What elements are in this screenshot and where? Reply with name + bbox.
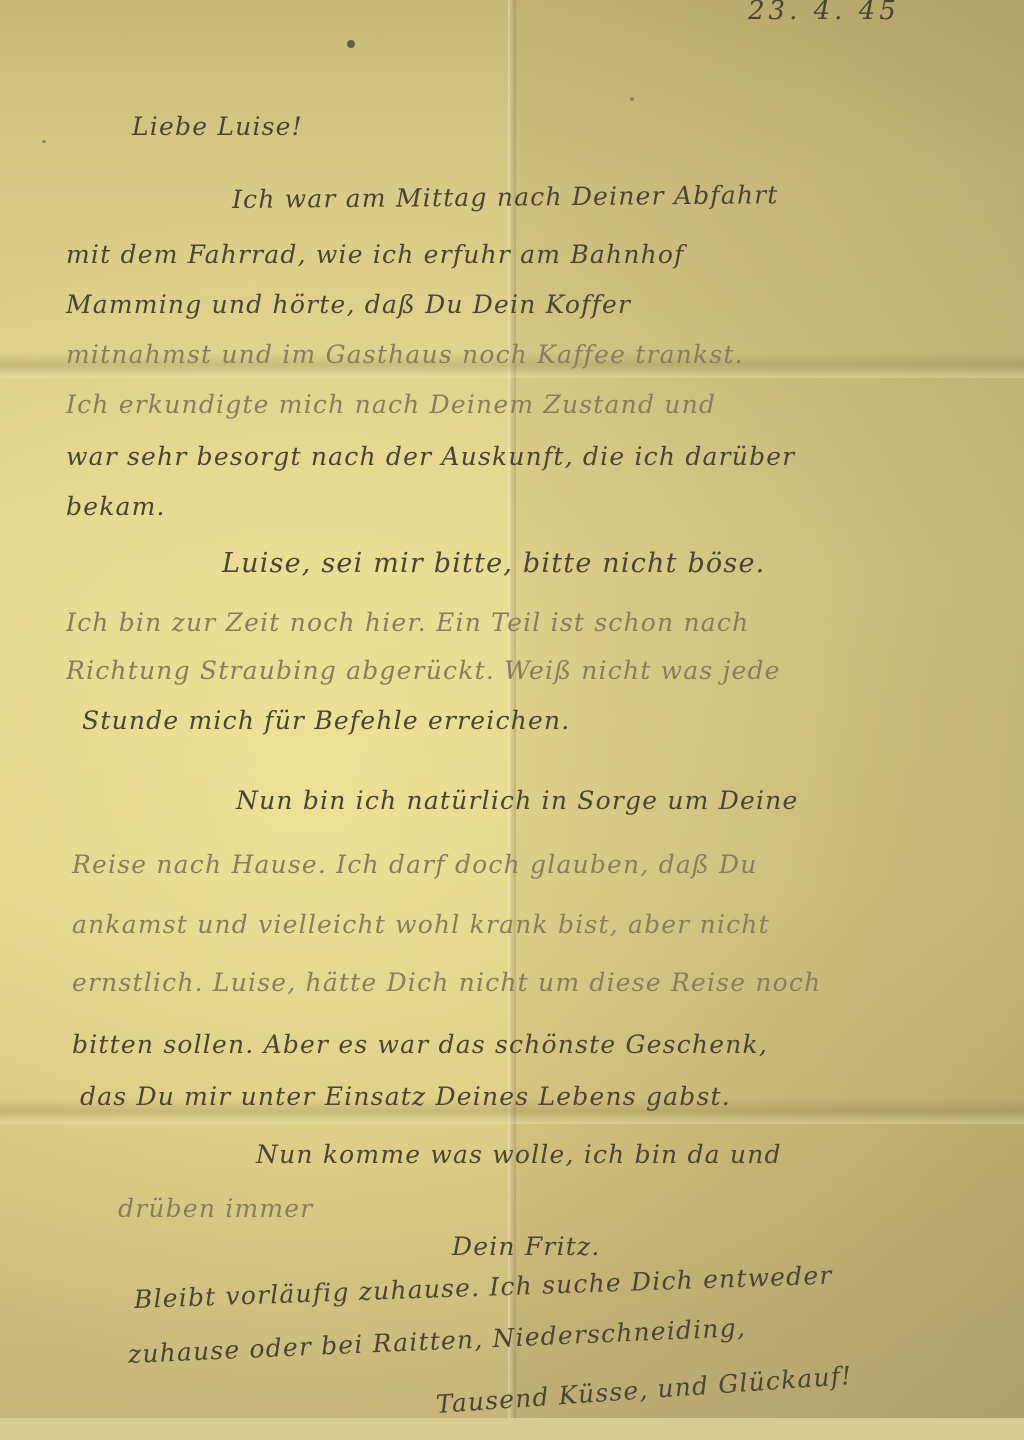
letter-line: Ich bin zur Zeit noch hier. Ein Teil ist… bbox=[66, 608, 749, 637]
letter-line: Ich erkundigte mich nach Deinem Zustand … bbox=[66, 390, 716, 419]
paper-shadow-right bbox=[510, 0, 1024, 1440]
letter-line: war sehr besorgt nach der Auskunft, die … bbox=[66, 442, 795, 471]
letter-line: bekam. bbox=[66, 492, 166, 521]
paper-bottom-edge bbox=[0, 1418, 1024, 1440]
letter-line: ernstlich. Luise, hätte Dich nicht um di… bbox=[72, 968, 821, 997]
ink-spot bbox=[630, 97, 634, 101]
signature: Dein Fritz. bbox=[452, 1232, 601, 1261]
salutation: Liebe Luise! bbox=[132, 112, 303, 141]
letter-line: Stunde mich für Befehle erreichen. bbox=[82, 706, 570, 735]
letter-line: Richtung Straubing abgerückt. Weiß nicht… bbox=[66, 656, 781, 685]
letter-line: Nun komme was wolle, ich bin da und bbox=[256, 1140, 782, 1169]
letter-line: ankamst und vielleicht wohl krank bist, … bbox=[72, 910, 770, 939]
letter-line: Luise, sei mir bitte, bitte nicht böse. bbox=[222, 548, 765, 579]
letter-line: das Du mir unter Einsatz Deines Lebens g… bbox=[80, 1082, 731, 1111]
letter-line: Ich war am Mittag nach Deiner Abfahrt bbox=[232, 180, 779, 214]
ink-spot bbox=[42, 140, 46, 143]
letter-line: Reise nach Hause. Ich darf doch glauben,… bbox=[72, 850, 758, 879]
letter-line: drüben immer bbox=[118, 1194, 313, 1223]
letter-line: bitten sollen. Aber es war das schönste … bbox=[72, 1030, 768, 1059]
letter-date: 23. 4. 45 bbox=[748, 0, 900, 26]
letter-line: Mamming und hörte, daß Du Dein Koffer bbox=[66, 290, 631, 319]
ink-spot bbox=[347, 40, 355, 48]
letter-line: Nun bin ich natürlich in Sorge um Deine bbox=[236, 786, 798, 815]
letter-line: mitnahmst und im Gasthaus noch Kaffee tr… bbox=[66, 340, 744, 369]
letter-line: mit dem Fahrrad, wie ich erfuhr am Bahnh… bbox=[66, 240, 685, 269]
